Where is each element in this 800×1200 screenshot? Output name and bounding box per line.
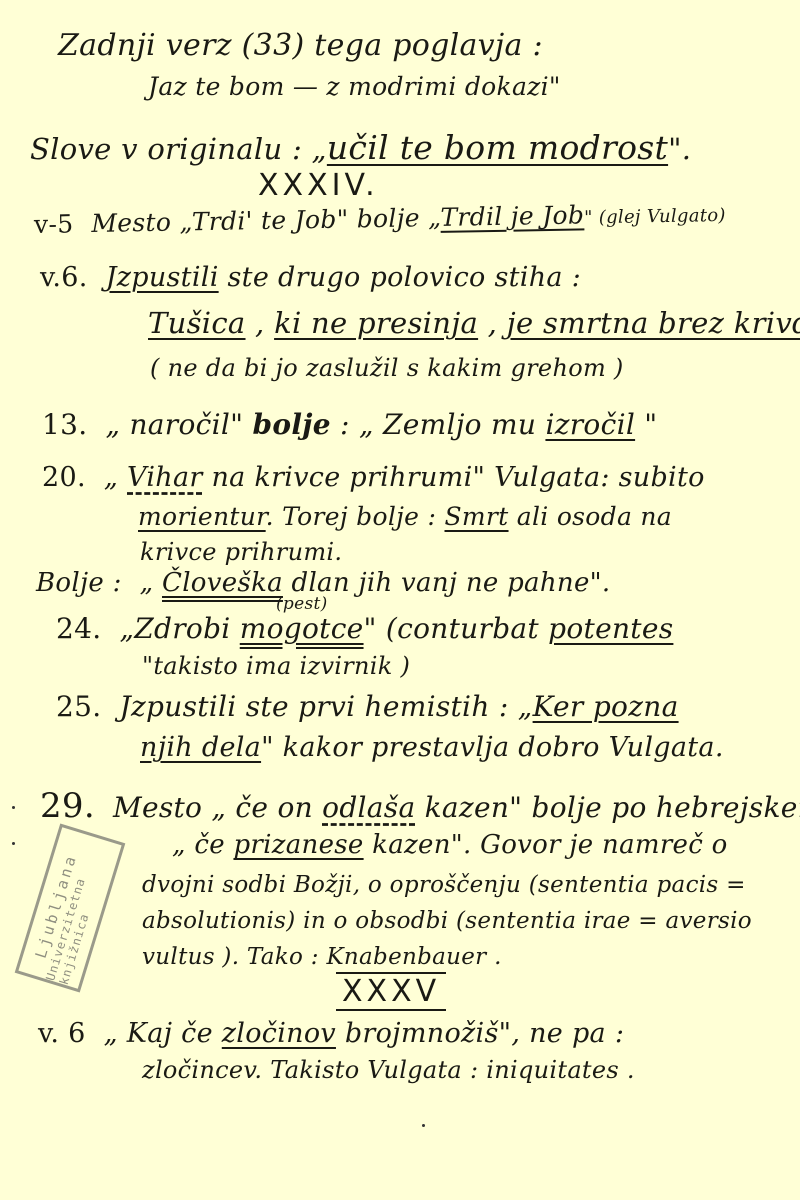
entry-text: . Torej bolje : <box>266 502 445 531</box>
quote-close: ". <box>668 132 691 166</box>
entry-text: vultus ). Tako : Knabenbauer . <box>142 944 502 970</box>
entry-v20-cont: morientur. Torej bolje : Smrt ali osoda … <box>138 502 672 531</box>
intro-line-1: Zadnji verz (33) tega poglavja : <box>58 28 543 63</box>
underlined-text: Ker pozna <box>533 690 679 723</box>
emphasized-text: bolje <box>252 408 330 441</box>
entry-v25: 25.Jzpustili ste prvi hemistih : „Ker po… <box>56 690 679 723</box>
quoted-text: Jaz te bom — z modrimi dokazi" <box>148 72 561 101</box>
underlined-text: njih dela <box>140 732 261 763</box>
entry-text: ste drugo polovico stiha : <box>219 262 581 293</box>
entry-v24: 24.„Zdrobi mogotce" (conturbat potentes <box>56 612 673 645</box>
margin-dot <box>422 1124 425 1127</box>
entry-text: brojmnožiš", ne pa : <box>336 1018 624 1049</box>
underlined-text: Smrt <box>445 502 509 531</box>
entry-v20: 20.„ Vihar na krivce prihrumi" Vulgata: … <box>42 462 705 493</box>
underlined-text: Tušica <box>148 306 246 340</box>
entry-v6: v.6.Jzpustili ste drugo polovico stiha : <box>40 262 581 293</box>
margin-dot <box>12 806 15 809</box>
entry-text: dvojni sodbi Božji, o oproščenju (senten… <box>142 872 746 898</box>
chapter-heading-xxxv: XXXV <box>336 972 446 1011</box>
entry-text: : „ Zemljo mu <box>331 408 546 441</box>
entry-v20-end: krivce prihrumi. <box>140 538 342 566</box>
entry-text: " <box>635 408 657 441</box>
entry-v5: v-5Mesto „Trdi' te Job" bolje „Trdil je … <box>34 198 726 239</box>
double-underlined-text: mogotce <box>240 612 364 645</box>
verse-number: v.6. <box>40 262 88 293</box>
underlined-text: je smrtna brez krivde <box>507 306 800 340</box>
entry-v29-cont3: absolutionis) in o obsodbi (sententia ir… <box>142 908 752 934</box>
entry-text: „ <box>140 568 162 598</box>
underlined-text: Trdil je Job <box>440 200 584 232</box>
entry-text: kazen" bolje po hebrejskem , <box>415 791 800 824</box>
entry-text: , <box>478 306 507 340</box>
verse-number: 25. <box>56 690 101 723</box>
underlined-text: Jzpustili <box>106 262 219 293</box>
underlined-text: zločinov <box>222 1018 336 1049</box>
entry-v29-cont2: dvojni sodbi Božji, o oproščenju (senten… <box>142 872 746 898</box>
entry-text: "takisto ima izvirnik ) <box>142 652 410 680</box>
entry-text: „ če <box>172 830 233 860</box>
entry-v25-cont: njih dela" kakor prestavlja dobro Vulgat… <box>140 732 724 763</box>
underlined-text: ki ne presinja <box>274 306 478 340</box>
underlined-text: izročil <box>545 408 635 441</box>
underlined-text: prizanese <box>233 830 363 860</box>
entry-v6-note: ( ne da bi jo zaslužil s kakim grehom ) <box>150 354 624 382</box>
entry-text: na krivce prihrumi" Vulgata: subito <box>203 462 705 493</box>
entry-text: Mesto „Trdi' te Job" bolje „ <box>91 203 441 238</box>
annotation-text: (pest) <box>276 594 328 614</box>
entry-text: " kakor prestavlja dobro Vulgata. <box>261 732 724 763</box>
entry-v24-cont: "takisto ima izvirnik ) <box>142 652 410 680</box>
verse-number: 13. <box>42 408 87 441</box>
underlined-text: potentes <box>548 612 673 645</box>
original-label: Slove v originalu : „ <box>30 132 327 166</box>
library-stamp: Univerzitetna knjižnica Ljubljana <box>15 823 126 992</box>
dotted-underlined-text: odlaša <box>322 791 415 824</box>
entry-text: „ Kaj če <box>104 1018 222 1049</box>
entry-v29-cont4: vultus ). Tako : Knabenbauer . <box>142 944 502 970</box>
verse-number: 24. <box>56 612 101 645</box>
entry-text: Mesto „ če on <box>113 791 322 824</box>
entry-text: ( ne da bi jo zaslužil s kakim grehom ) <box>150 354 624 382</box>
chapter-heading-xxxiv: XXXIV. <box>258 168 379 203</box>
underlined-text: morientur <box>138 502 266 531</box>
entry-xxxv-v6: v. 6„ Kaj če zločinov brojmnožiš", ne pa… <box>38 1018 624 1049</box>
entry-v6-quote: Tušica , ki ne presinja , je smrtna brez… <box>148 306 800 340</box>
double-underlined-text: Človeška <box>162 568 283 598</box>
entry-bolje-note: (pest) <box>276 594 328 614</box>
verse-number: 20. <box>42 462 86 493</box>
entry-text: , <box>246 306 275 340</box>
handwritten-manuscript-page: Zadnji verz (33) tega poglavja : Jaz te … <box>0 0 800 1200</box>
entry-text: " (conturbat <box>364 612 549 645</box>
entry-text: kazen". Govor je namreč o <box>364 830 728 860</box>
original-quote: učil te bom modrost <box>327 128 668 167</box>
intro-line-3: Slove v originalu : „učil te bom modrost… <box>30 128 691 167</box>
entry-text: krivce prihrumi. <box>140 538 342 566</box>
verse-number: v-5 <box>34 209 74 239</box>
entry-xxxv-v6-cont: zločincev. Takisto Vulgata : iniquitates… <box>142 1056 635 1084</box>
margin-dot <box>12 842 15 845</box>
entry-v13: 13.„ naročil" bolje : „ Zemljo mu izroči… <box>42 408 657 441</box>
entry-v29: 29.Mesto „ če on odlaša kazen" bolje po … <box>40 786 800 826</box>
entry-text: „ <box>104 462 127 493</box>
intro-text: Zadnji verz (33) tega poglavja : <box>58 28 543 63</box>
entry-text: „Zdrobi <box>119 612 239 645</box>
entry-text: " (glej Vulgato) <box>584 205 726 228</box>
entry-v29-cont1: „ če prizanese kazen". Govor je namreč o <box>172 830 728 860</box>
dotted-underlined-text: Vihar <box>127 462 203 493</box>
entry-text: absolutionis) in o obsodbi (sententia ir… <box>142 908 752 934</box>
entry-text: zločincev. Takisto Vulgata : iniquitates… <box>142 1056 635 1084</box>
intro-line-2: Jaz te bom — z modrimi dokazi" <box>148 72 561 101</box>
verse-number: 29. <box>40 786 95 826</box>
verse-number: v. 6 <box>38 1018 86 1049</box>
entry-label: Bolje : <box>36 568 122 598</box>
entry-text: ali osoda na <box>509 502 672 531</box>
entry-text: dlan jih vanj ne pahne". <box>283 568 611 598</box>
entry-text: „ naročil" <box>105 408 252 441</box>
entry-text: Jzpustili ste prvi hemistih : „ <box>119 690 532 723</box>
